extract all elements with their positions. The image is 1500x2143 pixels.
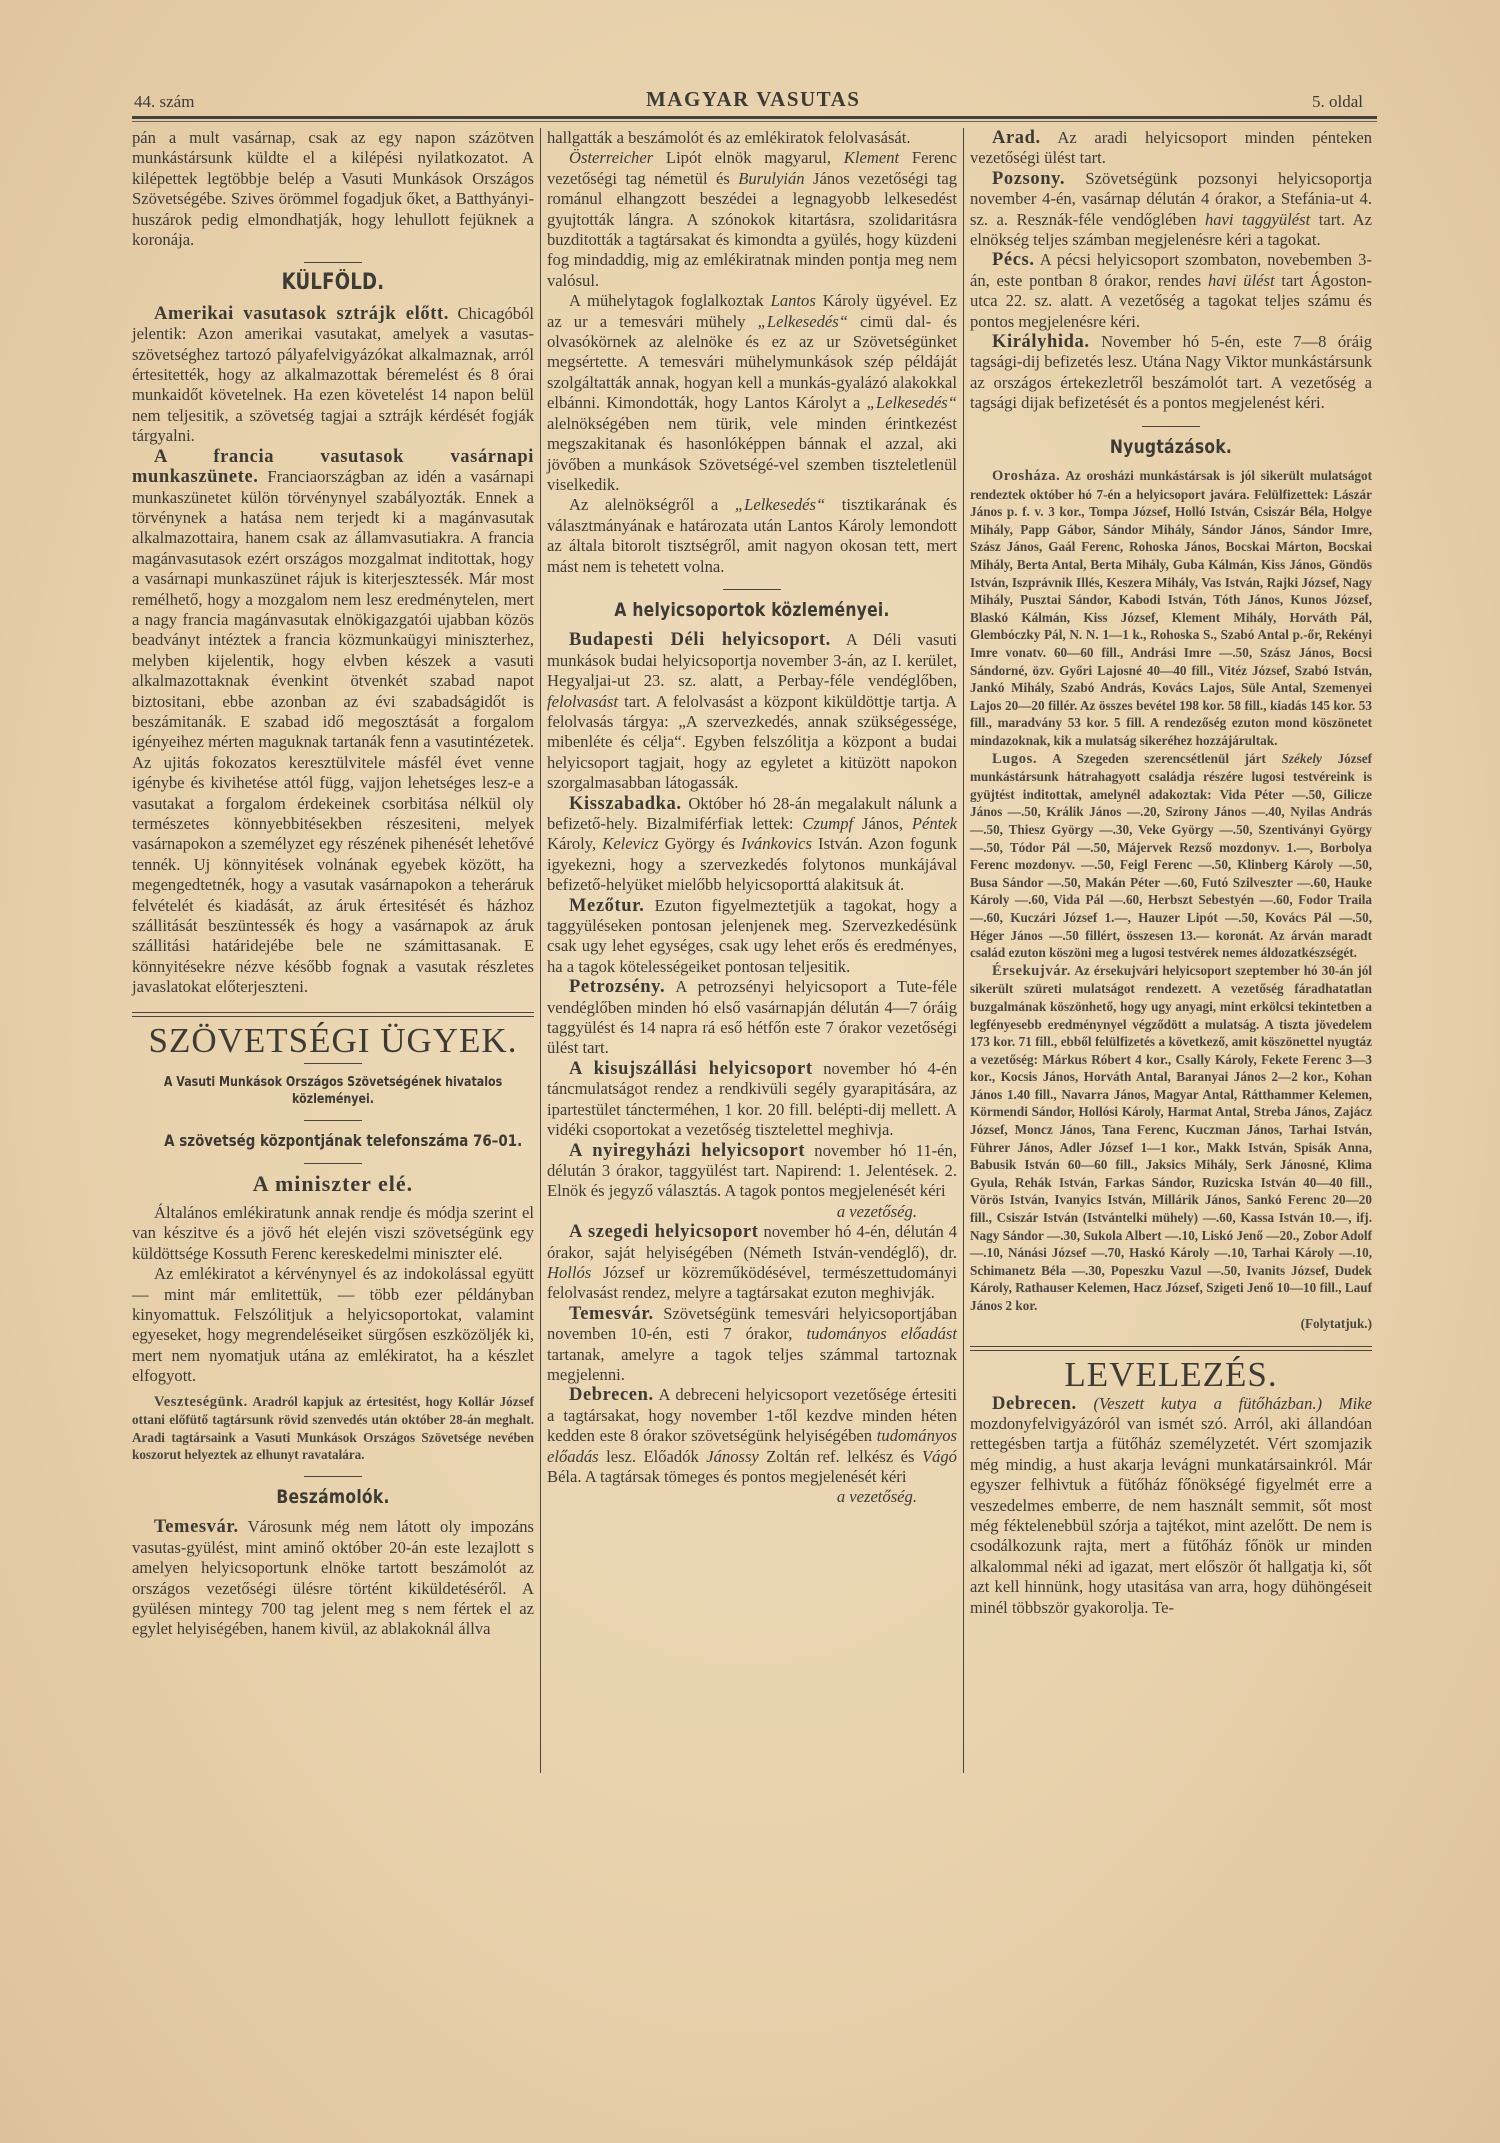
person-name: Székely — [1282, 751, 1322, 766]
text: János, — [853, 814, 912, 833]
article-pozsony: Pozsony. Szövetségünk pozsonyi helyicsop… — [970, 169, 1372, 251]
masthead-rule — [132, 116, 1377, 122]
phone-notice: A szövetség központjának telefonszáma 76… — [164, 1131, 502, 1151]
person-name: Czumpf — [802, 814, 853, 833]
article-lead: Debrecen. — [992, 1394, 1077, 1414]
text: tartanak, amelyre a tagok teljes számmal… — [547, 1345, 957, 1384]
section-divider — [723, 589, 781, 590]
text: lesz. Előadók — [599, 1447, 707, 1466]
miniszter-paragraph-2: Az emlékiratot a kérvénynyel és az indok… — [132, 1264, 534, 1386]
article-nyiregyhaza: A nyiregyházi helyicsoport november hó 1… — [547, 1141, 957, 1202]
article-debrecen-letter: Debrecen. (Veszett kutya a fütőházban.) … — [970, 1394, 1372, 1618]
section-heading-helyicsoportok: A helyicsoportok közleményei. — [584, 600, 920, 620]
section-heading-kulfold: KÜLFÖLD. — [168, 273, 498, 293]
column-2: hallgatták a beszámolót és az emlékirato… — [541, 128, 964, 1773]
miniszter-paragraph-1: Általános emlékiratunk annak rendje és m… — [132, 1203, 534, 1264]
section-divider — [304, 1163, 362, 1164]
article-kiralyhida: Királyhida. November hó 5-én, este 7—8 ó… — [970, 332, 1372, 414]
continued-paragraph: hallgatták a beszámolót és az emlékirato… — [547, 128, 957, 148]
speakers-paragraph: Österreicher Lipót elnök magyarul, Kleme… — [547, 148, 957, 291]
emphasis: tudományos előadást — [807, 1324, 958, 1343]
person-name: Kelevicz — [602, 834, 658, 853]
newspaper-title: MAGYAR VASUTAS — [646, 87, 861, 112]
article-lead: Orosháza. — [992, 468, 1060, 484]
intro-paragraph: pán a mult vasárnap, csak az egy napon s… — [132, 128, 534, 250]
article-lead: A nyiregyházi helyicsoport — [569, 1141, 805, 1161]
article-lead: Lugos. — [992, 751, 1037, 767]
article-lead: Kisszabadka. — [569, 794, 682, 814]
article-lead: Mezőtur. — [569, 896, 645, 916]
article-amerikai: Amerikai vasutasok sztrájk előtt. Chicag… — [132, 304, 534, 447]
article-lead: Királyhida. — [992, 332, 1090, 352]
section-divider — [304, 262, 362, 263]
article-temesvar: Temesvár. Városunk még nem látott oly im… — [132, 1517, 534, 1639]
signature: a vezetőség. — [547, 1487, 957, 1507]
article-lead: Arad. — [992, 128, 1041, 148]
article-budapest: Budapesti Déli helyicsoport. A Déli vasu… — [547, 630, 957, 793]
article-lead: Debrecen. — [569, 1385, 654, 1405]
person-name: Lantos — [771, 291, 816, 310]
emphasis: havi ülést — [1208, 271, 1275, 290]
article-body: Chicagóból jelentik: Azon amerikai vasut… — [132, 304, 534, 445]
column-3: Arad. Az aradi helyicsoport minden pénte… — [964, 128, 1376, 1998]
person-name: Ivánkovics — [741, 834, 812, 853]
article-lead: Veszteségünk. — [154, 1394, 248, 1410]
column-1: pán a mult vasárnap, csak az egy napon s… — [132, 128, 541, 1773]
text: A Szegeden szerencsétlenül járt — [1037, 751, 1281, 766]
article-kisszabadka: Kisszabadka. Október hó 28-án megalakult… — [547, 794, 957, 896]
article-oroshaza: Orosháza. Az orosházi munkástársak is jó… — [970, 467, 1372, 750]
masthead: 44. szám MAGYAR VASUTAS 5. oldal — [132, 84, 1377, 112]
person-name: Mike — [1339, 1394, 1372, 1413]
section-divider — [304, 1063, 362, 1064]
article-lead: Temesvár. — [154, 1517, 239, 1537]
person-name: Jánossy — [706, 1447, 759, 1466]
continued-note: (Folytatjuk.) — [970, 1315, 1372, 1333]
emphasis: havi taggyülést — [1205, 210, 1310, 229]
section-double-rule — [970, 1346, 1372, 1351]
signature: a vezetőség. — [547, 1202, 957, 1222]
article-lead: Amerikai vasutasok sztrájk előtt. — [154, 304, 449, 324]
club-name: „Lelkesedés“ — [867, 393, 957, 412]
text: Lipót elnök magyarul, — [653, 148, 844, 167]
text: Az alelnökségről a — [569, 495, 735, 514]
person-name: Péntek — [912, 814, 957, 833]
emphasis: felolvasást — [547, 692, 618, 711]
club-name: „Lelkesedés“ — [758, 312, 848, 331]
person-name: Klement — [844, 148, 899, 167]
section-double-rule — [132, 1012, 534, 1017]
article-veszteseg: Veszteségünk. Aradról kapjuk az értesité… — [132, 1393, 534, 1464]
section-divider — [304, 1476, 362, 1477]
section-heading-beszamolok: Beszámolók. — [168, 1487, 498, 1507]
text: A mühelytagok foglalkoztak — [569, 291, 771, 310]
text: alelnökségében nem türik, vele minden ér… — [547, 414, 957, 494]
article-subtitle: (Veszett kutya a fütőházban.) — [1077, 1394, 1322, 1413]
person-name: Hollós — [547, 1263, 591, 1282]
text: József ur közreműködésével, természettud… — [547, 1263, 957, 1302]
article-lead: Pécs. — [992, 250, 1035, 270]
article-temesvar-2: Temesvár. Szövetségünk temesvári helyics… — [547, 1304, 957, 1386]
article-lead: A szegedi helyicsoport — [569, 1222, 759, 1242]
section-heading-nyugtazasok: Nyugtázások. — [1006, 437, 1336, 457]
section-divider — [304, 1120, 362, 1121]
section-divider — [1142, 426, 1200, 427]
text: György és — [658, 834, 741, 853]
article-szeged: A szegedi helyicsoport november hó 4-én,… — [547, 1222, 957, 1304]
article-ersekujvar: Érsekujvár. Az érsekujvári helyicsoport … — [970, 962, 1372, 1315]
article-lead: Érsekujvár. — [992, 963, 1071, 979]
newspaper-page: 44. szám MAGYAR VASUTAS 5. oldal pán a m… — [132, 84, 1377, 1998]
person-name: Österreicher — [569, 148, 653, 167]
columns: pán a mult vasárnap, csak az egy napon s… — [132, 128, 1377, 1998]
issue-number: 44. szám — [134, 92, 194, 112]
article-mezotur: Mezőtur. Ezuton figyelmeztetjük a tagoka… — [547, 896, 957, 978]
person-name: Vágó — [922, 1447, 957, 1466]
article-body: Franciaországban az idén a vasárnapi mun… — [132, 467, 534, 996]
article-pecs: Pécs. A pécsi helyicsoport szombaton, no… — [970, 250, 1372, 332]
club-name: „Lelkesedés“ — [735, 495, 825, 514]
alelnok-paragraph: Az alelnökségről a „Lelkesedés“ tisztika… — [547, 495, 957, 577]
text: Zoltán ref. lelkész és — [759, 1447, 922, 1466]
article-lugos: Lugos. A Szegeden szerencsétlenül járt S… — [970, 750, 1372, 962]
article-lead: Petrozsény. — [569, 977, 665, 997]
page-number: 5. oldal — [1312, 92, 1363, 112]
article-body: mozdonyfelvigyázóról van ismét szó. Arró… — [970, 1414, 1372, 1617]
text: József munkástársunk hátrahagyott család… — [970, 751, 1372, 961]
article-kisujszallas: A kisujszállási helyicsoport november hó… — [547, 1059, 957, 1141]
lantos-paragraph: A mühelytagok foglalkoztak Lantos Károly… — [547, 291, 957, 495]
article-arad: Arad. Az aradi helyicsoport minden pénte… — [970, 128, 1372, 169]
article-francia: A francia vasutasok vasárnapi munkaszüne… — [132, 447, 534, 998]
article-debrecen: Debrecen. A debreceni helyicsoport vezet… — [547, 1385, 957, 1487]
official-notice: A Vasuti Munkások Országos Szövetségének… — [162, 1074, 504, 1108]
section-heading-szovetsegi: SZÖVETSÉGI ÜGYEK. — [132, 1031, 534, 1051]
article-lead: Budapesti Déli helyicsoport. — [569, 630, 831, 650]
article-petrozseny: Petrozsény. A petrozsényi helyicsoport a… — [547, 977, 957, 1059]
text: Béla. A tagtársak tömeges és pontos megj… — [547, 1467, 906, 1486]
article-lead: Pozsony. — [992, 169, 1065, 189]
article-body: Az orosházi munkástársak is jól sikerült… — [970, 468, 1372, 748]
article-lead: A kisujszállási helyicsoport — [569, 1059, 813, 1079]
article-lead: Temesvár. — [569, 1304, 654, 1324]
person-name: Burulyián — [738, 169, 804, 188]
section-heading-levelezes: LEVELEZÉS. — [970, 1365, 1372, 1385]
article-body: Az érsekujvári helyicsoport szeptember h… — [970, 963, 1372, 1313]
section-heading-miniszter: A miniszter elé. — [132, 1174, 534, 1194]
text: Károly, — [547, 834, 602, 853]
